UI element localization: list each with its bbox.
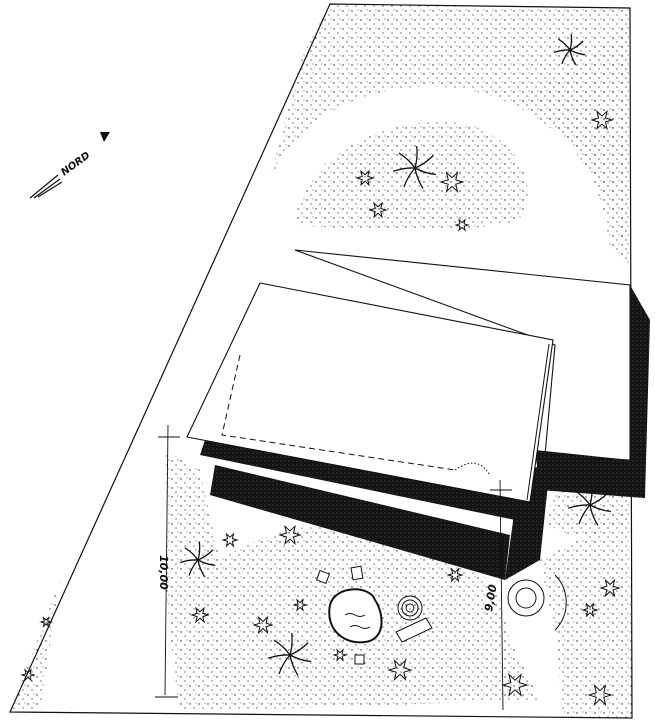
north-label: NORD xyxy=(59,150,92,178)
dimension-label-left: 10,00 xyxy=(157,555,170,590)
site-plan-canvas: 10,00 9,00 NORD xyxy=(0,0,655,720)
site-plan-drawing: 10,00 9,00 NORD xyxy=(0,0,655,720)
